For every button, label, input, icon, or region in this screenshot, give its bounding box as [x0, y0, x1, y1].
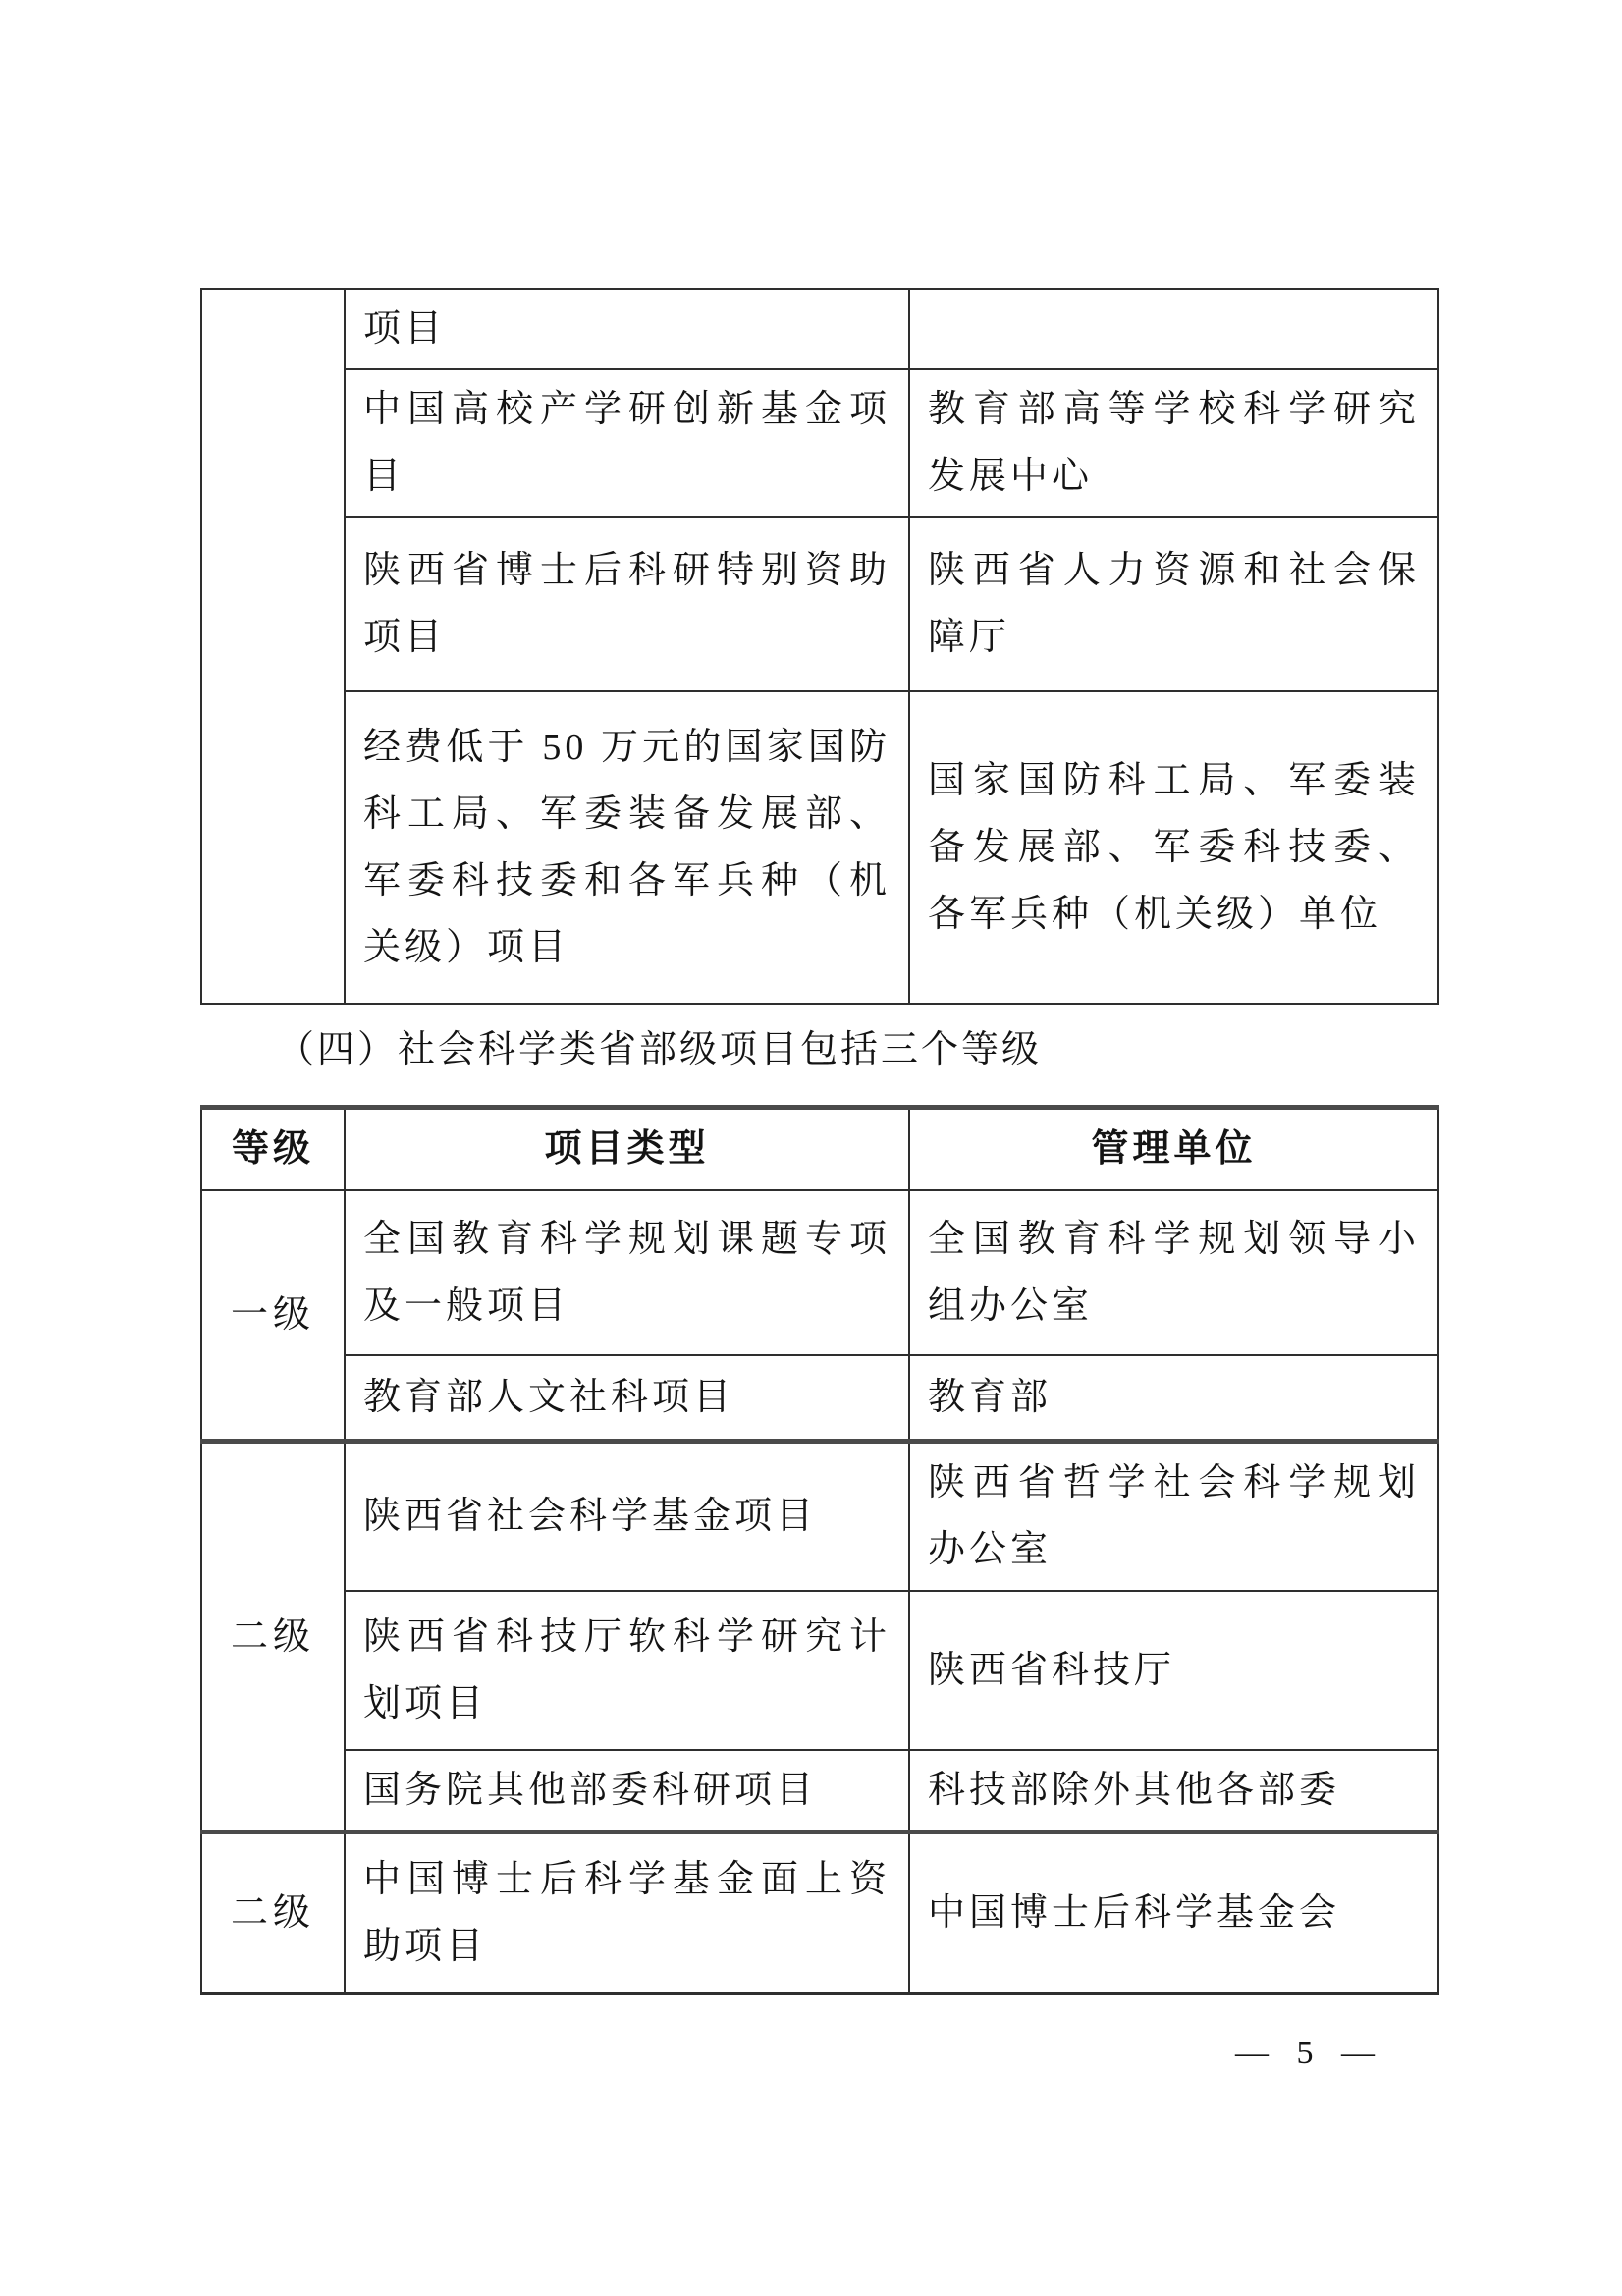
level-cell-empty [201, 289, 345, 1004]
document-page: 项目 中国高校产学研创新基金项目 教育部高等学校科学研究发展中心 陕西省博士后科… [0, 0, 1622, 2296]
project-type-cell: 国务院其他部委科研项目 [345, 1750, 909, 1832]
table-row: 中国高校产学研创新基金项目 教育部高等学校科学研究发展中心 [201, 369, 1438, 517]
table-row: 一级 全国教育科学规划课题专项及一般项目 全国教育科学规划领导小组办公室 [201, 1190, 1438, 1355]
managing-unit-cell: 科技部除外其他各部委 [909, 1750, 1438, 1832]
project-type-cell: 中国高校产学研创新基金项目 [345, 369, 909, 517]
table-row: 陕西省博士后科研特别资助项目 陕西省人力资源和社会保障厅 [201, 517, 1438, 691]
page-number: — 5 — [1235, 2035, 1384, 2072]
managing-unit-cell: 全国教育科学规划领导小组办公室 [909, 1190, 1438, 1355]
section-heading: （四）社会科学类省部级项目包括三个等级 [200, 1022, 1439, 1077]
project-type-cell: 陕西省社会科学基金项目 [345, 1442, 909, 1591]
table-row: 陕西省科技厅软科学研究计划项目 陕西省科技厅 [201, 1591, 1438, 1750]
project-type-cell: 中国博士后科学基金面上资助项目 [345, 1832, 909, 1994]
project-type-cell: 陕西省科技厅软科学研究计划项目 [345, 1591, 909, 1750]
table-row: 二级 中国博士后科学基金面上资助项目 中国博士后科学基金会 [201, 1832, 1438, 1994]
science-projects-table-continued: 项目 中国高校产学研创新基金项目 教育部高等学校科学研究发展中心 陕西省博士后科… [200, 288, 1439, 1005]
page-content: 项目 中国高校产学研创新基金项目 教育部高等学校科学研究发展中心 陕西省博士后科… [200, 288, 1439, 1995]
level-cell: 二级 [201, 1442, 345, 1832]
managing-unit-cell: 教育部高等学校科学研究发展中心 [909, 369, 1438, 517]
managing-unit-cell: 陕西省哲学社会科学规划办公室 [909, 1442, 1438, 1591]
level-cell: 二级 [201, 1832, 345, 1994]
managing-unit-cell: 陕西省人力资源和社会保障厅 [909, 517, 1438, 691]
project-type-cell: 经费低于 50 万元的国家国防科工局、军委装备发展部、军委科技委和各军兵种（机关… [345, 691, 909, 1004]
managing-unit-cell [909, 289, 1438, 369]
social-science-projects-table: 等级 项目类型 管理单位 一级 全国教育科学规划课题专项及一般项目 全国教育科学… [200, 1105, 1439, 1995]
managing-unit-cell: 中国博士后科学基金会 [909, 1832, 1438, 1994]
table-row: 国务院其他部委科研项目 科技部除外其他各部委 [201, 1750, 1438, 1832]
table-row: 二级 陕西省社会科学基金项目 陕西省哲学社会科学规划办公室 [201, 1442, 1438, 1591]
project-type-cell: 项目 [345, 289, 909, 369]
project-type-cell: 陕西省博士后科研特别资助项目 [345, 517, 909, 691]
table-row: 教育部人文社科项目 教育部 [201, 1355, 1438, 1442]
table-header-row: 等级 项目类型 管理单位 [201, 1108, 1438, 1190]
table-row: 项目 [201, 289, 1438, 369]
managing-unit-cell: 陕西省科技厅 [909, 1591, 1438, 1750]
level-cell: 一级 [201, 1190, 345, 1442]
header-managing-unit: 管理单位 [909, 1108, 1438, 1190]
table-row: 经费低于 50 万元的国家国防科工局、军委装备发展部、军委科技委和各军兵种（机关… [201, 691, 1438, 1004]
project-type-cell: 教育部人文社科项目 [345, 1355, 909, 1442]
header-level: 等级 [201, 1108, 345, 1190]
project-type-cell: 全国教育科学规划课题专项及一般项目 [345, 1190, 909, 1355]
managing-unit-cell: 教育部 [909, 1355, 1438, 1442]
managing-unit-cell: 国家国防科工局、军委装备发展部、军委科技委、各军兵种（机关级）单位 [909, 691, 1438, 1004]
header-project-type: 项目类型 [345, 1108, 909, 1190]
